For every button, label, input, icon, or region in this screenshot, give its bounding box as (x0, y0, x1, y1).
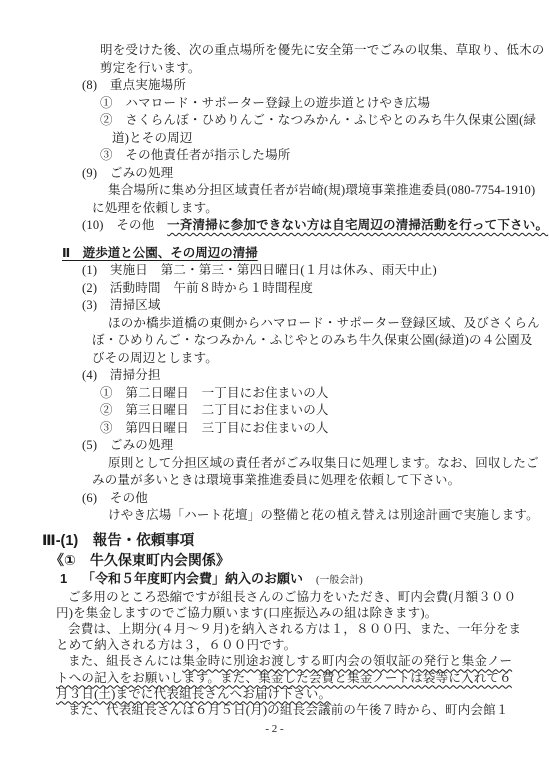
item-8-sub-1: ① ハマロード・サポーター登録上の遊歩道とけやき広場 (100, 95, 549, 113)
s3-p3-line-2: トへの記入をお願いします。また、集金した会費と集金ノートは袋等に入れて６ (56, 670, 549, 686)
s2-item-1: (1) 実施日 第二・第三・第四日曜日(１月は休み、雨天中止) (82, 262, 549, 280)
section-2-heading: Ⅱ 遊歩道と公園、その周辺の清掃 (62, 245, 549, 263)
s2-item-5-body-1: 原則として分担区域の責任者がごみ収集日に処理します。なお、回収したご (108, 455, 549, 473)
intro-cont-line-1: 明を受けた後、次の重点場所を優先に安全第一でごみの収集、草取り、低木の (100, 42, 549, 60)
item-8-sub-2-wrap: 道)とその周辺 (112, 130, 549, 148)
s3-p3-wavy-1: 集金時に別途お渡しする町内会の領収証の発行と集金ノー (182, 654, 512, 668)
s3-p4-line-1: また、代表組長さんは６月５日(月)の組長会議前の午後７時から、町内会館１ (68, 702, 549, 718)
s2-item-4: (4) 清掃分担 (82, 367, 549, 385)
section-3: Ⅲ-(1) 報告・依頼事項 《① 牛久保東町内会関係》 1「令和５年度町内会費」… (0, 531, 549, 719)
item-10-line: (10) その他 一斉清掃に参加できない方は自宅周辺の清掃活動を行って下さい。 (82, 217, 549, 235)
s2-item-3-body-3: びその周辺とします。 (92, 350, 549, 368)
s2-item-3-body-2: ぼ・ひめりんご・なつみかん・ふじやとのみち牛久保東公園(緑道)の４公園及 (92, 332, 549, 350)
item-9-heading: (9) ごみの処理 (82, 165, 549, 183)
intro-cont-line-2: 剪定を行います。 (100, 60, 549, 78)
s2-item-3-body-1: ほのか橋歩道橋の東側からハマロード・サポーター登録区域、及びさくらん (108, 315, 549, 333)
s3-p3-line-3: 月３日(土)までに代表組長さんへお届け下さい。 (56, 686, 549, 702)
s2-item-6-body: けやき広場「ハート花壇」の整備と花の植え替えは別途計画で実施します。 (108, 507, 549, 525)
item-9-body-2: に処理を依頼します。 (92, 200, 549, 218)
s3-p3-wavy-2: トへの記入をお願いします。また、集金した会費と集金ノートは袋等に入れて６ (56, 671, 512, 685)
page-number: - 2 - (0, 722, 549, 736)
s2-item-3: (3) 清掃区域 (82, 297, 549, 315)
s2-item-5: (5) ごみの処理 (82, 437, 549, 455)
s2-item-6: (6) その他 (82, 490, 549, 508)
s3-item-1-note: (一般会計) (316, 575, 363, 586)
item-10-label: (10) その他 (82, 218, 167, 232)
item-8-heading: (8) 重点実施場所 (82, 77, 549, 95)
item-9-body-1: 集合場所に集め分担区域責任者が岩崎(規)環境事業推進委員(080-7754-19… (108, 182, 549, 200)
s3-item-1-number: 1 (60, 570, 82, 587)
s2-item-2: (2) 活動時間 午前８時から１時間程度 (82, 280, 549, 298)
s2-item-4-sub-1: ① 第二日曜日 一丁目にお住まいの人 (100, 385, 549, 403)
s3-item-1-title-line: 1「令和５年度町内会費」納入のお願い (一般会計) (60, 570, 549, 589)
section-3-heading: Ⅲ-(1) 報告・依頼事項 (42, 531, 549, 551)
s3-p2-line-1: 会費は、上期分(４月～９月)を納入される方は１，８００円、また、一年分をま (68, 621, 549, 637)
section-3-subheading: 《① 牛久保東町内会関係》 (50, 551, 549, 570)
s2-item-4-sub-2: ② 第三日曜日 二丁目にお住まいの人 (100, 402, 549, 420)
s3-p3-lead: また、組長さんには (68, 654, 182, 668)
s3-p3-line-1: また、組長さんには集金時に別途お渡しする町内会の領収証の発行と集金ノー (68, 653, 549, 669)
s3-item-1-title: 「令和５年度町内会費」納入のお願い (82, 571, 303, 586)
s3-p1-line-2: 円)を集金しますのでご協力願います(口座振込みの組は除きます)。 (56, 605, 549, 621)
document-page: 明を受けた後、次の重点場所を優先に安全第一でごみの収集、草取り、低木の 剪定を行… (0, 0, 549, 776)
item-8-sub-2: ② さくらんぼ・ひめりんご・なつみかん・ふじやとのみち牛久保東公園(緑 (100, 112, 549, 130)
item-10-emphasis: 一斉清掃に参加できない方は自宅周辺の清掃活動を行って下さい。 (167, 218, 548, 232)
s2-item-5-body-2: みの量が多いときは環境事業推進委員に処理を依頼して下さい。 (92, 472, 549, 490)
s3-p1-line-1: ご多用のところ恐縮ですが組長さんのご協力をいただき、町内会費(月額３００ (68, 589, 549, 605)
s3-p3-wavy-3: 月３日(土)までに代表組長さんへお届け下さい。 (56, 687, 331, 701)
section-gap (0, 235, 549, 245)
s2-item-4-sub-3: ③ 第四日曜日 三丁目にお住まいの人 (100, 420, 549, 438)
item-8-sub-3: ③ その他責任者が指示した場所 (100, 147, 549, 165)
s3-p2-line-2: とめて納入される方は３，６００円です。 (56, 637, 549, 653)
